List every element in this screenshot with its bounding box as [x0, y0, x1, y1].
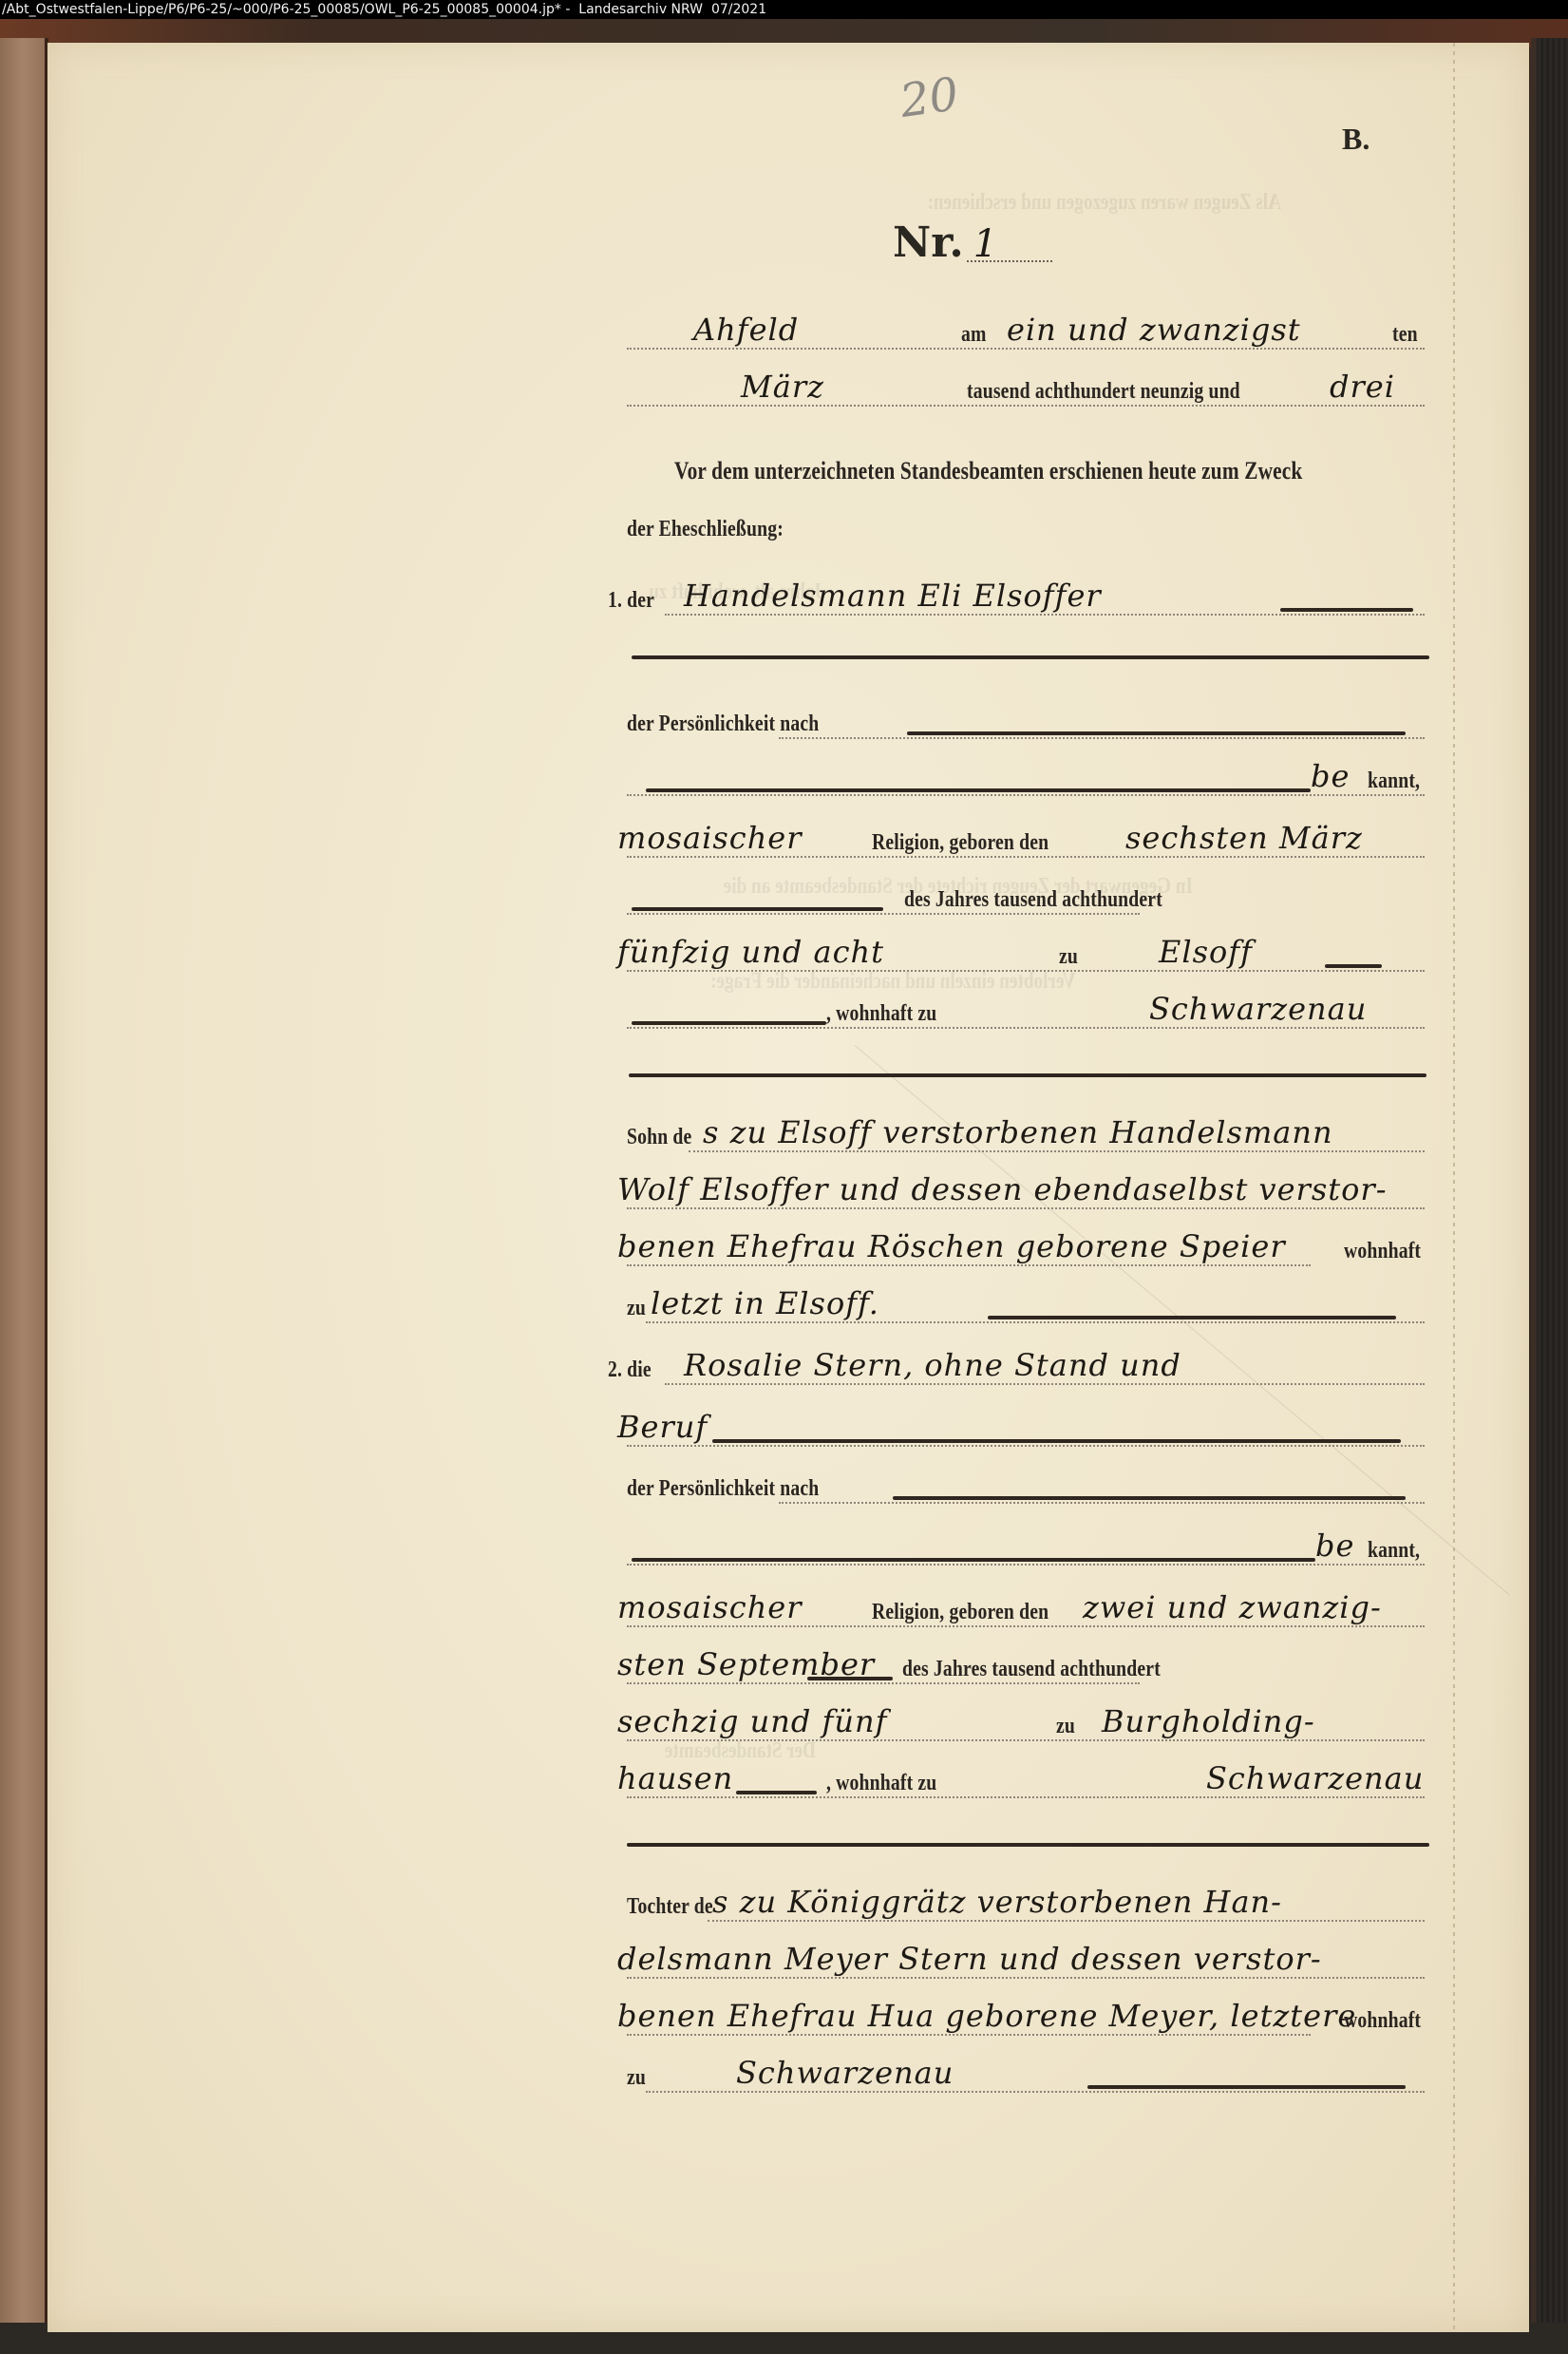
handwritten-residence: Schwarzenau: [1206, 1760, 1424, 1796]
handwritten-year: drei: [1330, 369, 1395, 405]
printed-persoenlichkeit: der Persönlichkeit nach: [627, 712, 819, 737]
line-month-year: März tausend achthundert neunzig und dre…: [608, 370, 1425, 412]
line-groom-residence: , wohnhaft zu Schwarzenau: [608, 993, 1425, 1035]
line-groom-name: 1. der Handelsmann Eli Elsoffer: [608, 579, 1425, 621]
line-groom-known: be kannt,: [608, 760, 1425, 802]
archive-name: Landesarchiv NRW: [578, 2, 703, 17]
handwritten-place: Ahfeld: [693, 312, 799, 348]
form-letter: B.: [1342, 122, 1370, 157]
handwritten-religion: mosaischer: [617, 1589, 803, 1625]
fill-dash: [646, 788, 1311, 792]
fill-dash: [632, 907, 883, 911]
line-bride-parents-4: zu Schwarzenau: [608, 2057, 1425, 2098]
line-bride-birthplace: sechzig und fünf zu Burgholding-: [608, 1705, 1425, 1747]
printed-number-2: 2. die: [608, 1357, 652, 1383]
printed-persoenlichkeit: der Persönlichkeit nach: [627, 1476, 819, 1502]
printed-jahres: des Jahres tausend achthundert: [904, 887, 1162, 913]
fill-dash: [807, 1677, 893, 1680]
printed-tochter: Tochter de: [627, 1894, 713, 1920]
handwritten-birthyear: sechzig und fünf: [617, 1703, 887, 1739]
printed-religion: Religion, geboren den: [872, 830, 1048, 856]
line-place-date: Ahfeld am ein und zwanzigst ten: [608, 313, 1425, 355]
page-fold-edge: [1453, 43, 1455, 2332]
printed-intro: Vor dem unterzeichneten Standesbeamten e…: [674, 457, 1302, 485]
line-groom-parents-2: Wolf Elsoffer und dessen ebendaselbst ve…: [608, 1173, 1425, 1215]
fill-dash: [988, 1316, 1396, 1319]
line-bride-name: 2. die Rosalie Stern, ohne Stand und: [608, 1349, 1425, 1391]
book-spine: [0, 38, 48, 2337]
printed-zu: zu: [627, 1296, 646, 1321]
line-groom-religion: mosaischer Religion, geboren den sechste…: [608, 822, 1425, 864]
printed-zu: zu: [627, 2065, 646, 2091]
printed-year: tausend achthundert neunzig und: [967, 379, 1240, 405]
handwritten-father-name: delsmann Meyer Stern und dessen verstor-: [617, 1941, 1322, 1977]
printed-intro-2: der Eheschließung:: [627, 517, 784, 542]
handwritten-groom-name: Handelsmann Eli Elsoffer: [684, 578, 1102, 614]
handwritten-birthdate: zwei und zwanzig-: [1083, 1589, 1382, 1625]
fill-dash: [893, 1496, 1406, 1500]
fill-dash: [627, 1843, 1429, 1847]
handwritten-birthplace-cont: hausen: [617, 1760, 733, 1796]
line-groom-parents-3: benen Ehefrau Röschen geborene Speier wo…: [608, 1230, 1425, 1272]
printed-religion: Religion, geboren den: [872, 1600, 1048, 1625]
handwritten-father: s zu Elsoff verstorbenen Handelsmann: [703, 1114, 1333, 1150]
line-intro: Vor dem unterzeichneten Standesbeamten e…: [608, 451, 1425, 493]
printed-kannt: kannt,: [1368, 769, 1420, 794]
handwritten-birthplace: Burgholding-: [1102, 1703, 1315, 1739]
line-bride-month: sten September des Jahres tausend achthu…: [608, 1648, 1425, 1690]
fill-dash: [632, 1021, 826, 1025]
line-intro-2: der Eheschließung:: [608, 508, 1425, 550]
handwritten-mother: benen Ehefrau Röschen geborene Speier: [617, 1228, 1286, 1264]
fill-dash: [1325, 964, 1382, 968]
line-bride-parents-2: delsmann Meyer Stern und dessen verstor-: [608, 1943, 1425, 1984]
line-bride-parents-1: Tochter de s zu Königgrätz verstorbenen …: [608, 1886, 1425, 1927]
printed-number-1: 1. der: [608, 588, 654, 614]
handwritten-birthplace: Elsoff: [1159, 934, 1253, 970]
handwritten-residence: Schwarzenau: [1149, 991, 1367, 1027]
printed-zu: zu: [1059, 944, 1078, 970]
handwritten-month: März: [741, 369, 824, 405]
record-number-line: [967, 260, 1052, 262]
printed-am: am: [961, 322, 987, 348]
handwritten-be: be: [1311, 758, 1350, 794]
printed-wohnhaft: , wohnhaft zu: [826, 1001, 936, 1027]
record-number-heading: Nr.1: [893, 218, 997, 267]
handwritten-bride-name: Rosalie Stern, ohne Stand und: [684, 1347, 1181, 1383]
bleed-through-text: Als Zeugen waren zugezogen und erschiene…: [928, 190, 1281, 216]
line-bride-religion: mosaischer Religion, geboren den zwei un…: [608, 1591, 1425, 1633]
handwritten-day: ein und zwanzigst: [1007, 312, 1301, 348]
viewer-title-bar: /Abt_Ostwestfalen-Lippe/P6/P6-25/~000/P6…: [0, 0, 1568, 19]
printed-jahres: des Jahres tausend achthundert: [902, 1657, 1161, 1682]
handwritten-birthdate: sechsten März: [1125, 820, 1363, 856]
fill-dash: [629, 1073, 1426, 1077]
line-groom-birthplace: fünfzig und acht zu Elsoff: [608, 936, 1425, 978]
printed-sohn: Sohn de: [627, 1125, 691, 1150]
record-label: Nr.: [893, 218, 964, 267]
line-bride-name-2: Beruf: [608, 1411, 1425, 1452]
fill-dash: [907, 731, 1406, 735]
line-groom-parents-1: Sohn de s zu Elsoff verstorbenen Handels…: [608, 1116, 1425, 1158]
printed-kannt: kannt,: [1368, 1538, 1420, 1564]
printed-wohnhaft: , wohnhaft zu: [826, 1771, 936, 1796]
handwritten-father: s zu Königgrätz verstorbenen Han-: [712, 1884, 1282, 1920]
fill-dash: [712, 1439, 1401, 1443]
book-cover-right: [1531, 38, 1568, 2337]
handwritten-parents-residence: letzt in Elsoff.: [651, 1285, 879, 1321]
printed-wohnhaft: wohnhaft: [1344, 2008, 1421, 2034]
fill-dash: [1280, 608, 1413, 612]
fill-dash: [736, 1791, 817, 1794]
handwritten-father-name: Wolf Elsoffer und dessen ebendaselbst ve…: [617, 1171, 1388, 1207]
line-bride-known: be kannt,: [608, 1529, 1425, 1571]
handwritten-parents-residence: Schwarzenau: [736, 2055, 954, 2091]
line-bride-residence: hausen , wohnhaft zu Schwarzenau: [608, 1762, 1425, 1804]
line-groom-ident: der Persönlichkeit nach: [608, 703, 1425, 745]
handwritten-bride-occupation: Beruf: [617, 1409, 708, 1445]
archive-date: 07/2021: [711, 2, 766, 17]
fill-dash: [632, 1558, 1315, 1562]
handwritten-birthyear: fünfzig und acht: [617, 934, 884, 970]
printed-wohnhaft: wohnhaft: [1344, 1239, 1421, 1264]
title-separator: -: [561, 2, 578, 17]
handwritten-mother: benen Ehefrau Hua geborene Meyer, letzte…: [617, 1998, 1356, 2034]
line-bride-parents-3: benen Ehefrau Hua geborene Meyer, letzte…: [608, 2000, 1425, 2041]
printed-zu: zu: [1056, 1714, 1075, 1739]
handwritten-religion: mosaischer: [617, 820, 803, 856]
line-groom-parents-4: zu letzt in Elsoff.: [608, 1287, 1425, 1329]
handwritten-be: be: [1315, 1528, 1354, 1564]
line-bride-ident: der Persönlichkeit nach: [608, 1468, 1425, 1509]
printed-ten: ten: [1392, 322, 1418, 348]
fill-dash: [1087, 2085, 1406, 2089]
fill-dash: [632, 655, 1429, 659]
pencil-page-number: 20: [897, 67, 961, 128]
file-path: /Abt_Ostwestfalen-Lippe/P6/P6-25/~000/P6…: [2, 2, 561, 17]
line-groom-year: des Jahres tausend achthundert: [608, 879, 1425, 921]
